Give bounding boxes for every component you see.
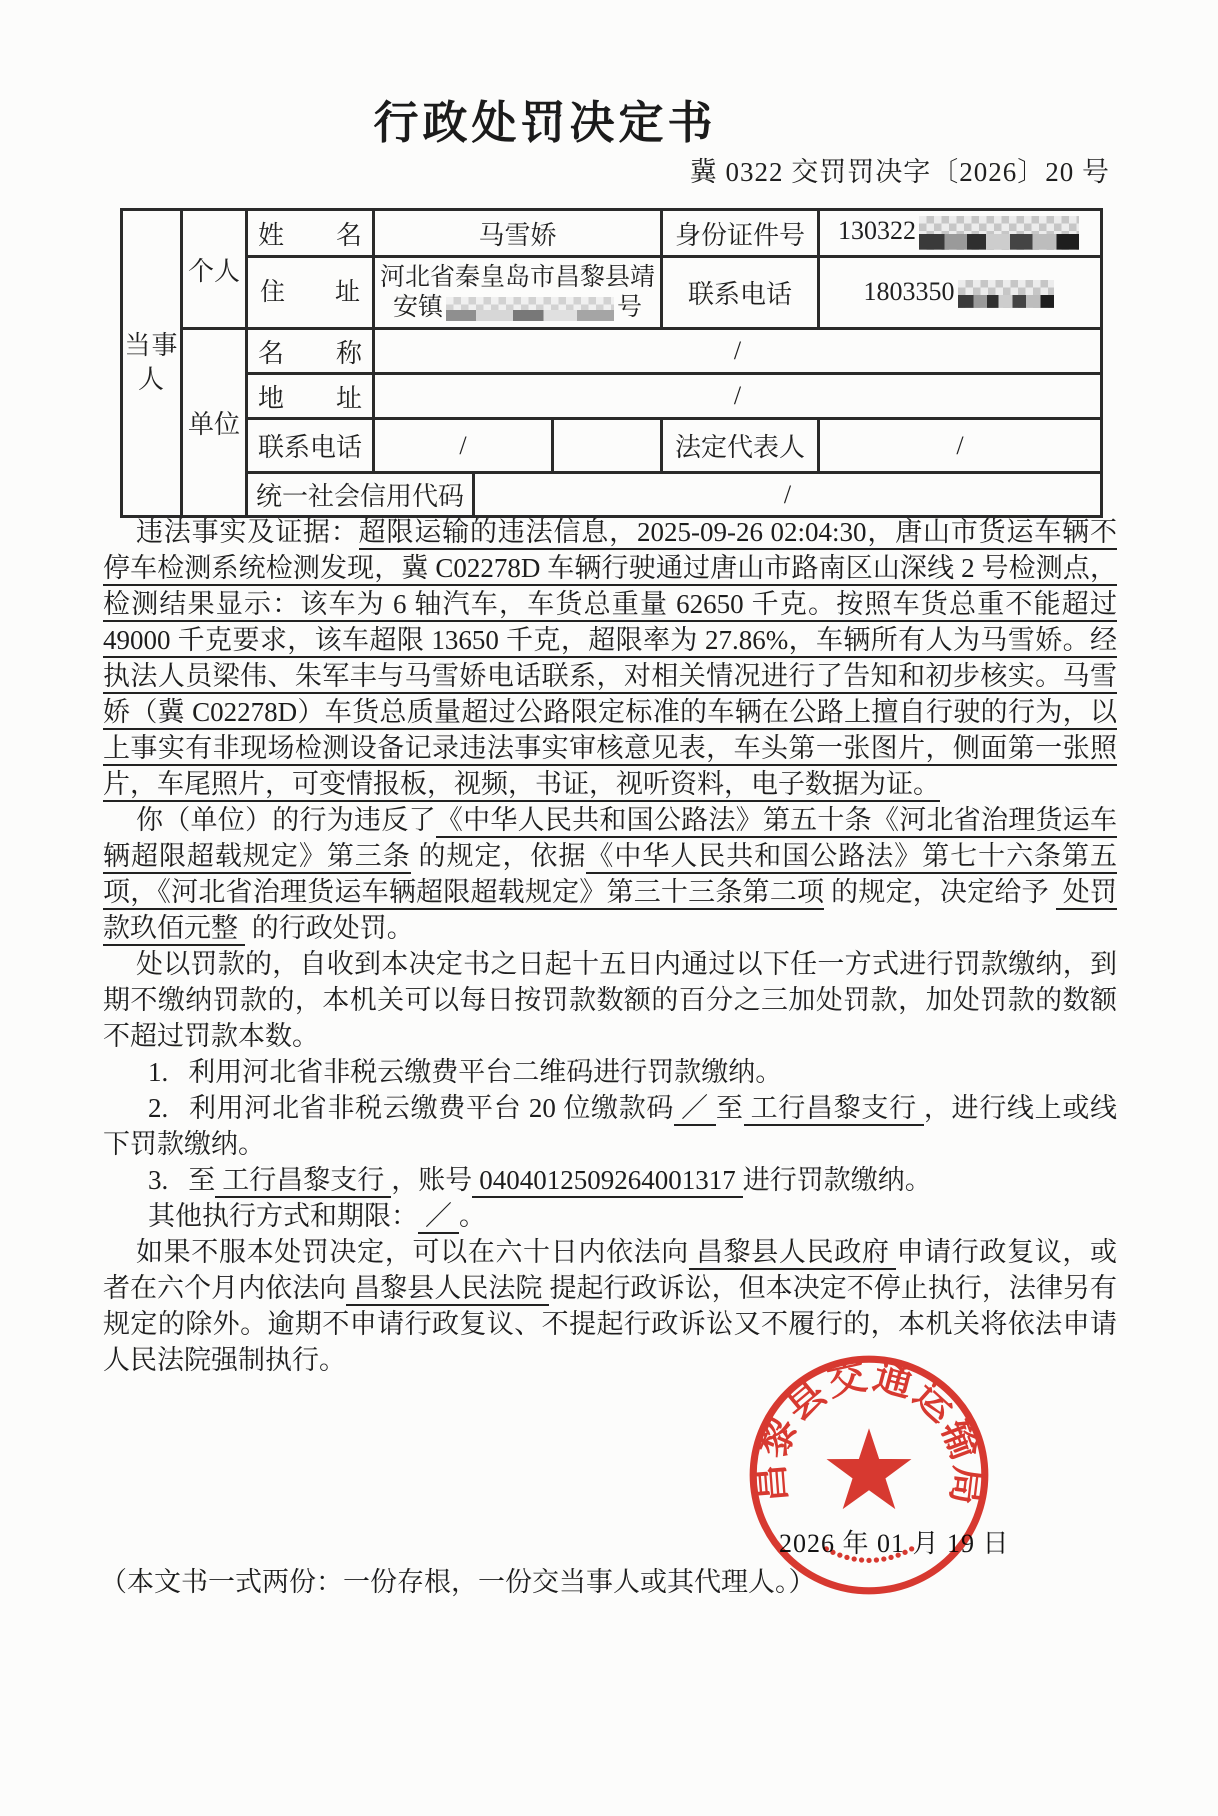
violation-paragraph: 你（单位）的行为违反了《中华人民共和国公路法》第五十条《河北省治理货运车辆超限超… — [103, 802, 1117, 946]
org-name-label-cell: 名 称 — [247, 329, 374, 374]
violation-text-1: 你（单位）的行为违反了 — [136, 805, 436, 835]
name-label-cell: 姓 名 — [247, 210, 374, 257]
payment-option-2: 2.利用河北省非税云缴费平台 20 位缴款码／至工行昌黎支行，进行线上或线下罚款… — [103, 1090, 1117, 1162]
seal-star-icon — [827, 1428, 912, 1509]
item2-number: 2. — [148, 1093, 168, 1123]
other-execution-line: 其他执行方式和期限：／。 — [103, 1198, 1117, 1234]
item2-payment-code: ／ — [674, 1093, 716, 1126]
legal-rep-value-cell: / — [819, 419, 1102, 473]
item3-account-number: 0404012509264001317 — [472, 1165, 743, 1198]
name-value-cell: 马雪娇 — [374, 210, 662, 257]
id-value-cell: 130322 — [819, 210, 1102, 257]
org-phone-spacer-cell — [553, 419, 662, 473]
legal-rep-label-cell: 法定代表人 — [662, 419, 819, 473]
org-label-cell: 单位 — [182, 329, 247, 517]
violation-text-3: 的规定，决定给予 — [824, 877, 1056, 907]
org-phone-label-cell: 联系电话 — [247, 419, 374, 473]
org-phone-value-cell: / — [374, 419, 553, 473]
item3-bank-name: 工行昌黎支行 — [215, 1165, 391, 1198]
address-value-cell: 河北省秦皇岛市昌黎县靖 安镇号 — [374, 257, 662, 329]
id-number-redaction-mosaic — [919, 216, 1079, 250]
org-address-label-cell: 地 址 — [247, 374, 374, 419]
item3-text-2: ，账号 — [391, 1165, 472, 1195]
litigation-court: 昌黎县人民法院 — [346, 1273, 549, 1306]
item1-number: 1. — [148, 1057, 168, 1087]
facts-label: 违法事实及证据： — [136, 517, 359, 547]
address-redaction-mosaic — [446, 297, 614, 321]
address-line2: 安镇号 — [375, 293, 660, 323]
payment-option-1: 1.利用河北省非税云缴费平台二维码进行罚款缴纳。 — [103, 1054, 1117, 1090]
credit-code-value-cell: / — [474, 473, 1102, 517]
phone-label-cell: 联系电话 — [662, 257, 819, 329]
document-body: 违法事实及证据：超限运输的违法信息，2025-09-26 02:04:30，唐山… — [103, 514, 1117, 1378]
review-authority: 昌黎县人民政府 — [689, 1237, 897, 1270]
facts-paragraph: 违法事实及证据：超限运输的违法信息，2025-09-26 02:04:30，唐山… — [103, 514, 1117, 802]
address-line1: 河北省秦皇岛市昌黎县靖 — [375, 263, 660, 293]
address-line2-prefix: 安镇 — [393, 294, 443, 321]
appeal-text-1: 如果不服本处罚决定，可以在六十日内依法向 — [136, 1237, 689, 1267]
item2-text-2: 至 — [716, 1093, 744, 1123]
person-label-cell: 个人 — [182, 210, 247, 329]
item3-text-1: 至 — [188, 1165, 215, 1195]
item2-bank-name: 工行昌黎支行 — [744, 1093, 924, 1126]
credit-code-label-cell: 统一社会信用代码 — [247, 473, 474, 517]
page-title: 行政处罚决定书 — [0, 86, 1090, 151]
item3-number: 3. — [148, 1165, 168, 1195]
address-line2-suffix: 号 — [617, 294, 642, 321]
phone-value-cell: 1803350 — [819, 257, 1102, 329]
id-number-prefix: 130322 — [838, 216, 916, 245]
other-label: 其他执行方式和期限： — [148, 1201, 418, 1231]
item2-text-1: 利用河北省非税云缴费平台 20 位缴款码 — [188, 1093, 674, 1123]
party-info-table: 当事 人 个人 姓 名 马雪娇 身份证件号 130322 住 址 河北省秦皇岛市… — [120, 208, 1103, 518]
phone-number-prefix: 1803350 — [864, 277, 955, 306]
facts-content: 超限运输的违法信息，2025-09-26 02:04:30，唐山市货运车辆不停车… — [103, 517, 1117, 802]
document-number: 冀 0322 交罚罚决字〔2026〕20 号 — [500, 150, 1110, 189]
violation-text-2: 的规定，依据 — [411, 841, 587, 871]
phone-redaction-mosaic — [958, 280, 1054, 308]
penalty-decision-document: 行政处罚决定书 冀 0322 交罚罚决字〔2026〕20 号 当事 人 个人 姓… — [0, 0, 1218, 1816]
violation-text-4: 的行政处罚。 — [245, 913, 414, 943]
item1-text: 利用河北省非税云缴费平台二维码进行罚款缴纳。 — [188, 1057, 782, 1087]
id-label-cell: 身份证件号 — [662, 210, 819, 257]
seal-serial-dots — [824, 1546, 915, 1563]
party-label-cell: 当事 人 — [122, 210, 182, 517]
other-value: ／ — [418, 1201, 459, 1234]
org-address-value-cell: / — [374, 374, 1102, 419]
address-label-cell: 住 址 — [247, 257, 374, 329]
official-seal-stamp: 昌黎县交通运输局 — [741, 1347, 997, 1603]
other-period: 。 — [459, 1201, 486, 1231]
org-name-value-cell: / — [374, 329, 1102, 374]
payment-intro-paragraph: 处以罚款的，自收到本决定书之日起十五日内通过以下任一方式进行罚款缴纳，到期不缴纳… — [103, 946, 1117, 1054]
item3-text-3: 进行罚款缴纳。 — [743, 1165, 932, 1195]
payment-option-3: 3.至工行昌黎支行，账号0404012509264001317进行罚款缴纳。 — [103, 1162, 1117, 1198]
